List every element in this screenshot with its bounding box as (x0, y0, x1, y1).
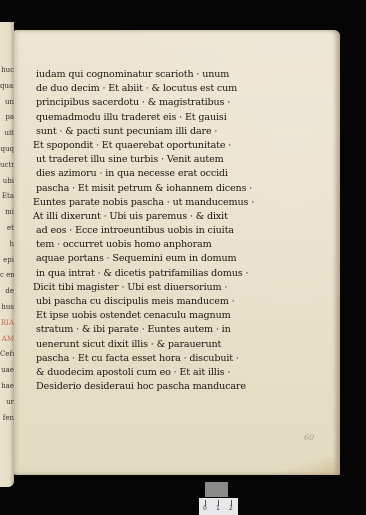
scale-ruler: 012 (199, 498, 238, 515)
manuscript-line: de duo decim · Et abiit · & locutus est … (36, 82, 296, 96)
manuscript-line: uenerunt sicut dixit illis · & parauerun… (36, 338, 296, 352)
main-text-block: iudam qui cognominatur scarioth · unumde… (36, 68, 296, 394)
manuscript-line: At illi dixerunt · Ubi uis paremus · & d… (33, 210, 296, 224)
verso-text-fragment: huc (0, 66, 14, 74)
verso-text-fragment: ur (0, 398, 14, 406)
verso-page-edge: hucquarunpauitququctrubiEtamiethepic end… (0, 22, 14, 487)
verso-text-fragment: pa (0, 113, 14, 121)
manuscript-line: Euntes parate nobis pascha · ut manducem… (33, 196, 296, 210)
verso-text-fragment: ubi (0, 177, 14, 185)
verso-text-fragment: h (0, 240, 14, 248)
manuscript-line: Dicit tibi magister · Ubi est diuersoriu… (33, 281, 296, 295)
manuscript-line: in qua intrat · & dicetis patrifamilias … (36, 267, 296, 281)
verso-text-fragment: mi (0, 208, 14, 216)
verso-text-fragment: uctr (0, 161, 14, 169)
manuscript-folio: iudam qui cognominatur scarioth · unumde… (14, 30, 340, 475)
verso-text-fragment: RIA (0, 319, 14, 327)
verso-text-fragment: hae (0, 382, 14, 390)
manuscript-line: dies azimoru · in qua necesse erat occid… (36, 167, 296, 181)
verso-text-fragment: epi (0, 256, 14, 264)
manuscript-line: stratum · & ibi parate · Euntes autem · … (36, 323, 296, 337)
manuscript-line: principibus sacerdotu · & magistratibus … (36, 96, 296, 110)
verso-text-fragment: Cefu (0, 350, 14, 358)
manuscript-line: pascha · Et misit petrum & iohannem dice… (36, 182, 296, 196)
verso-text-fragment: uae (0, 366, 14, 374)
manuscript-line: iudam qui cognominatur scarioth · unum (36, 68, 296, 82)
verso-text-fragment: quq (0, 145, 14, 153)
verso-text-fragment: et (0, 224, 14, 232)
verso-text-fragment: c en (0, 271, 14, 279)
verso-text-fragment: de (0, 287, 14, 295)
manuscript-line: Et spopondit · Et quaerebat oportunitate… (33, 139, 296, 153)
manuscript-line: Et ipse uobis ostendet cenaculu magnum (36, 309, 296, 323)
manuscript-line: quemadmodu illu traderet eis · Et gauisi (36, 111, 296, 125)
verso-text-fragment: hus (0, 303, 14, 311)
verso-text-fragment: Eta (0, 192, 14, 200)
manuscript-line: sunt · & pacti sunt pecuniam illi dare · (36, 125, 296, 139)
verso-text-fragment: uit (0, 129, 14, 137)
manuscript-line: & duodecim apostoli cum eo · Et ait illi… (36, 366, 296, 380)
manuscript-line: ut traderet illu sine turbis · Venit aut… (36, 153, 296, 167)
manuscript-line: ubi pascha cu discipulis meis manducem · (36, 295, 296, 309)
verso-text-fragment: quar (0, 82, 14, 90)
manuscript-line: tem · occurret uobis homo anphoram (36, 238, 296, 252)
folio-number: 60 (304, 433, 314, 442)
verso-text-fragment: un (0, 98, 14, 106)
ruler-label: 0 (203, 505, 207, 512)
manuscript-line: Desiderio desideraui hoc pascha manducar… (36, 380, 296, 394)
verso-text-fragment: fen (0, 414, 14, 422)
manuscript-line: aquae portans · Sequemini eum in domum (36, 252, 296, 266)
manuscript-line: pascha · Et cu facta esset hora · discub… (36, 352, 296, 366)
ruler-label: 1 (216, 505, 220, 512)
ruler-label: 2 (229, 505, 233, 512)
color-reference-gray-patch (205, 482, 228, 497)
manuscript-line: ad eos · Ecce introeuntibus uobis in ciu… (36, 224, 296, 238)
verso-text-fragment: AM (0, 335, 14, 343)
